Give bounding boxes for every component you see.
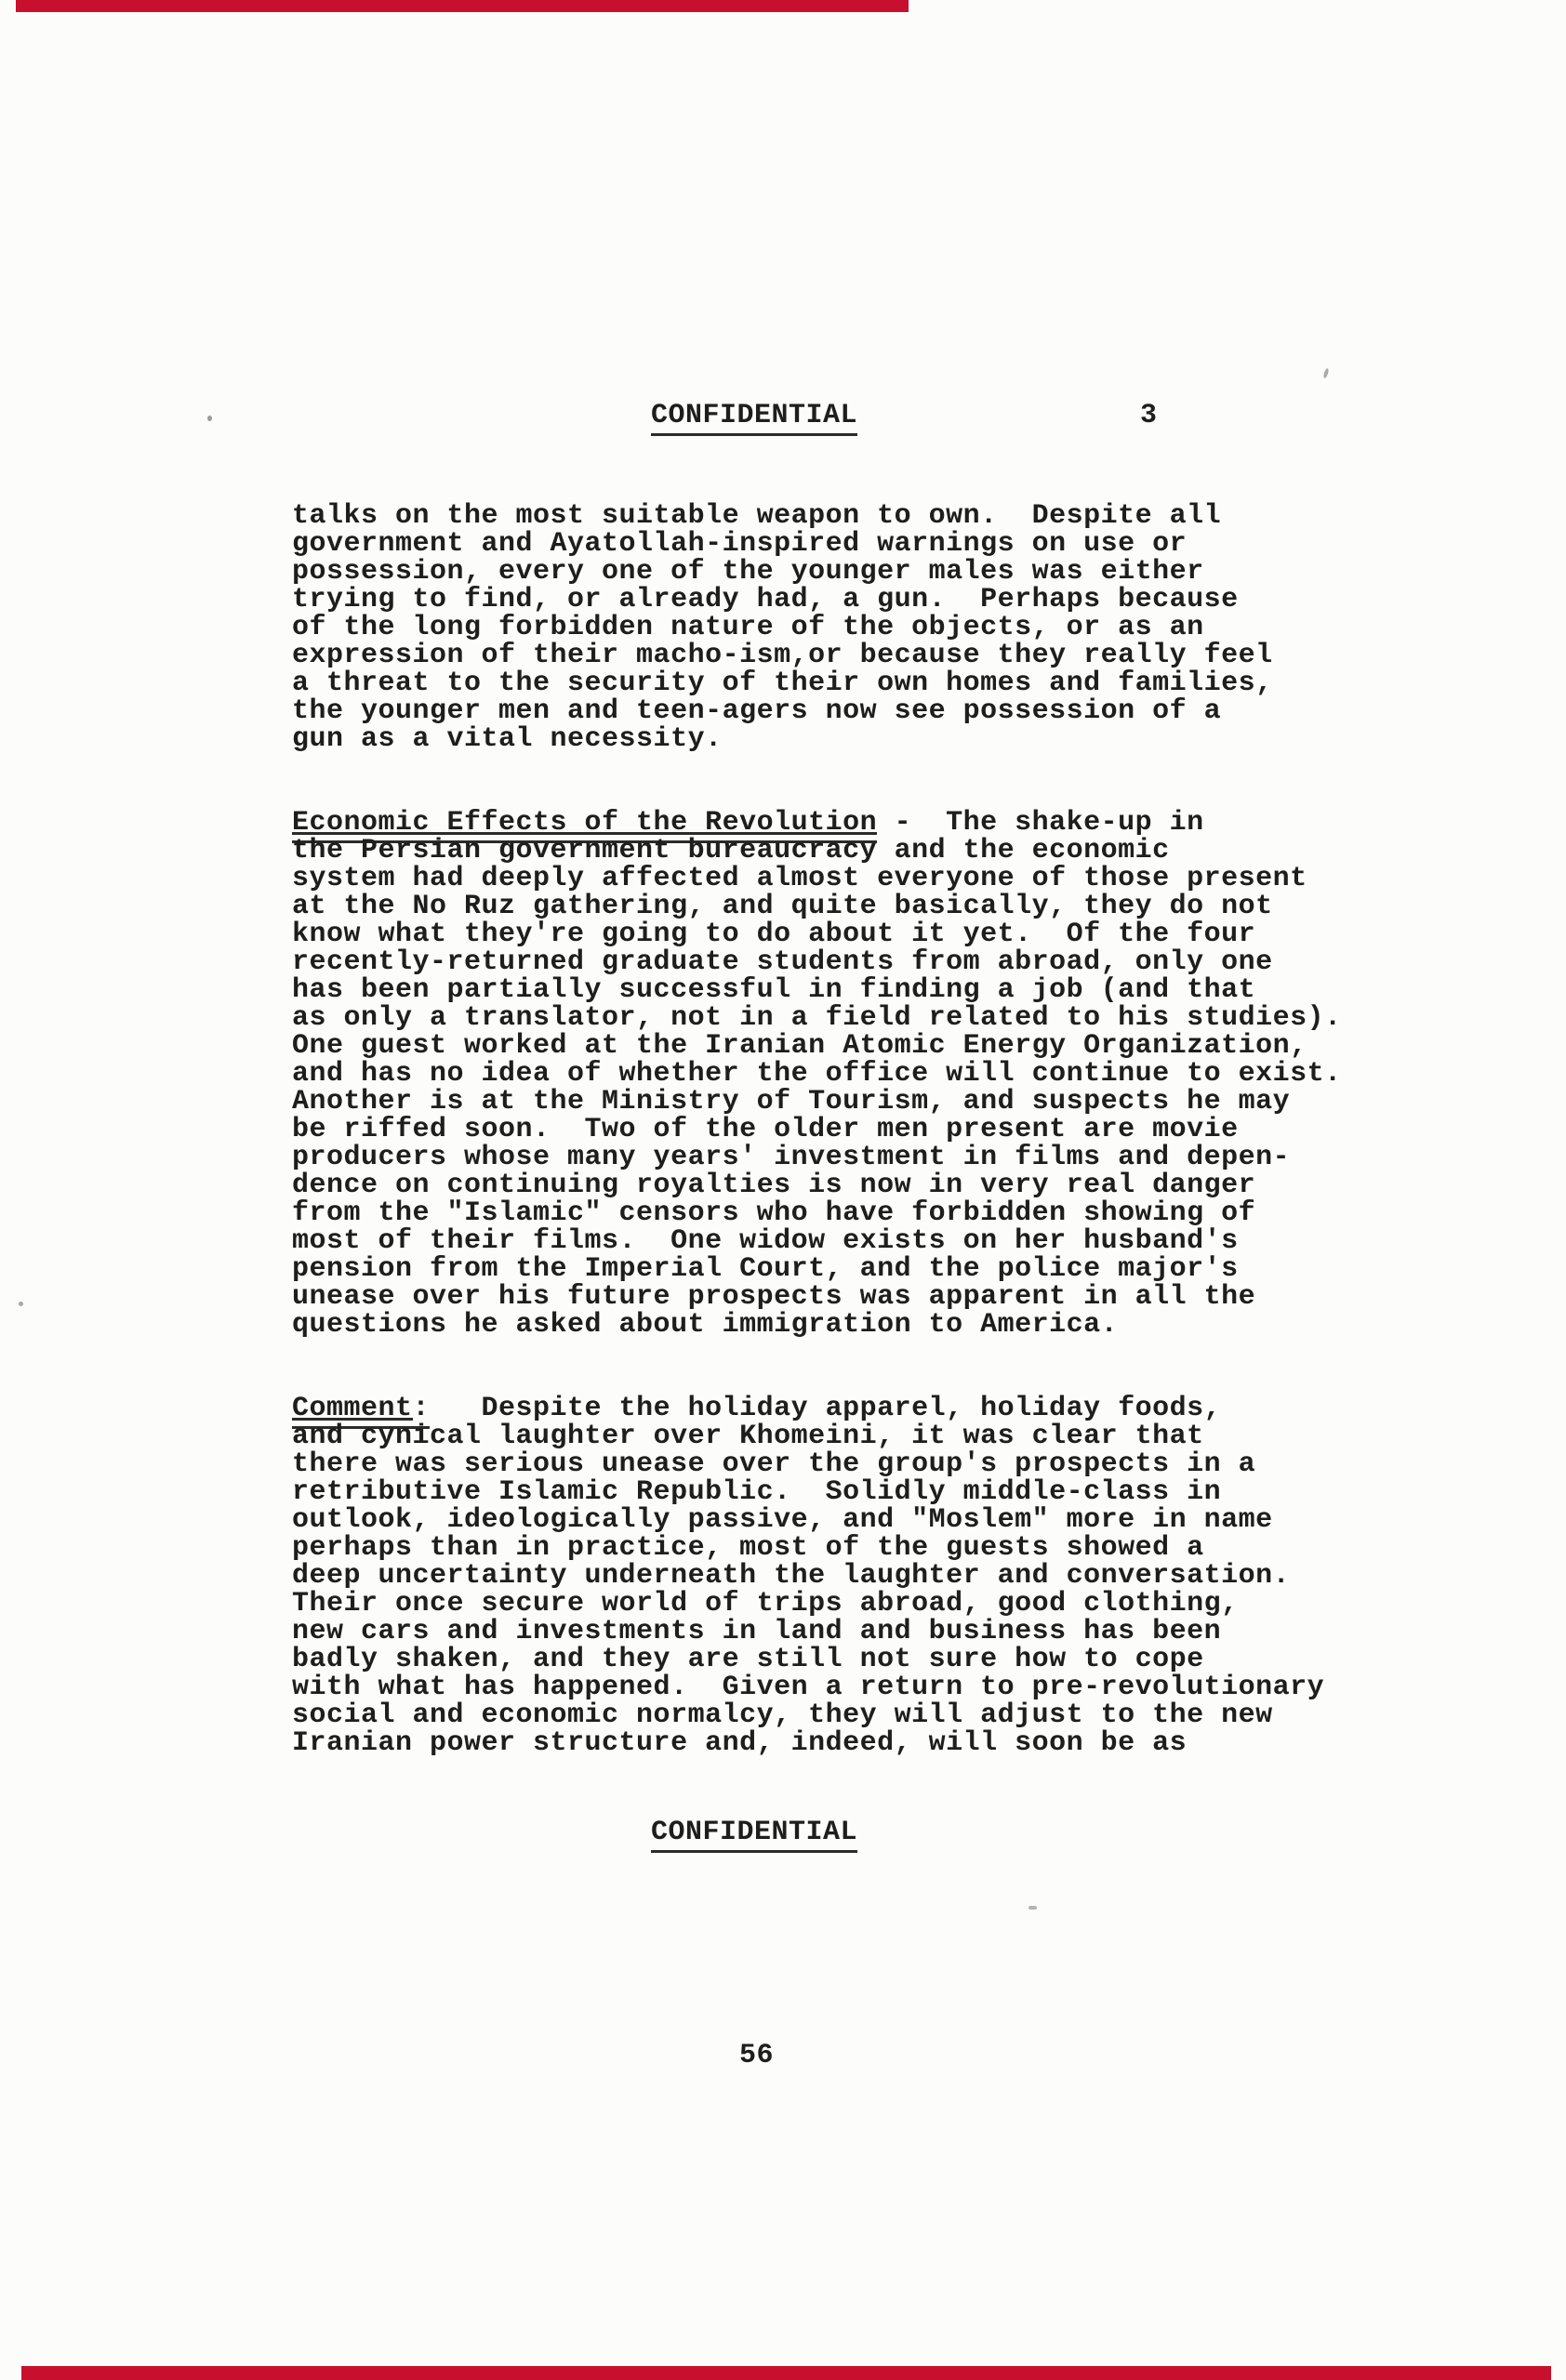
classification-header-text: CONFIDENTIAL bbox=[651, 400, 857, 436]
text-line: unease over his future prospects was app… bbox=[292, 1283, 1342, 1311]
text-segment: be riffed soon. Two of the older men pre… bbox=[292, 1114, 1239, 1145]
classification-header: CONFIDENTIAL bbox=[651, 402, 857, 430]
text-line: from the "Islamic" censors who have forb… bbox=[292, 1199, 1342, 1227]
text-segment: talks on the most suitable weapon to own… bbox=[292, 500, 1221, 532]
text-segment: badly shaken, and they are still not sur… bbox=[292, 1644, 1204, 1675]
text-line: outlook, ideologically passive, and "Mos… bbox=[292, 1506, 1342, 1534]
paragraph: talks on the most suitable weapon to own… bbox=[292, 502, 1342, 753]
text-line: Comment: Despite the holiday apparel, ho… bbox=[292, 1395, 1342, 1422]
text-line: system had deeply affected almost everyo… bbox=[292, 865, 1342, 892]
text-segment: retributive Islamic Republic. Solidly mi… bbox=[292, 1476, 1221, 1508]
text-segment: from the "Islamic" censors who have forb… bbox=[292, 1197, 1255, 1229]
text-line: possession, every one of the younger mal… bbox=[292, 558, 1342, 586]
text-line: badly shaken, and they are still not sur… bbox=[292, 1646, 1342, 1673]
text-line: the Persian government bureaucracy and t… bbox=[292, 837, 1342, 865]
text-line: know what they're going to do about it y… bbox=[292, 920, 1342, 948]
document-page: CONFIDENTIAL 3 talks on the most suitabl… bbox=[0, 0, 1566, 2380]
text-segment: the younger men and teen-agers now see p… bbox=[292, 695, 1221, 727]
text-line: deep uncertainty underneath the laughter… bbox=[292, 1562, 1342, 1590]
text-line: the younger men and teen-agers now see p… bbox=[292, 697, 1342, 725]
text-line: gun as a vital necessity. bbox=[292, 725, 1342, 753]
red-scan-bar-bottom bbox=[21, 2366, 1551, 2380]
text-segment: know what they're going to do about it y… bbox=[292, 919, 1255, 950]
text-segment: Iranian power structure and, indeed, wil… bbox=[292, 1727, 1187, 1759]
text-line: at the No Ruz gathering, and quite basic… bbox=[292, 892, 1342, 920]
scan-speck bbox=[1029, 1906, 1037, 1910]
text-line: Iranian power structure and, indeed, wil… bbox=[292, 1729, 1342, 1757]
text-segment: of the long forbidden nature of the obje… bbox=[292, 612, 1204, 643]
text-segment: dence on continuing royalties is now in … bbox=[292, 1170, 1255, 1201]
text-segment: government and Ayatollah-inspired warnin… bbox=[292, 528, 1187, 560]
text-segment: unease over his future prospects was app… bbox=[292, 1281, 1255, 1313]
text-line: One guest worked at the Iranian Atomic E… bbox=[292, 1032, 1342, 1060]
text-line: retributive Islamic Republic. Solidly mi… bbox=[292, 1478, 1342, 1506]
text-segment: Despite the holiday apparel, holiday foo… bbox=[430, 1393, 1221, 1424]
header-page-number: 3 bbox=[1140, 402, 1158, 430]
text-segment: perhaps than in practice, most of the gu… bbox=[292, 1532, 1204, 1564]
paragraph: Economic Effects of the Revolution - The… bbox=[292, 809, 1342, 1339]
text-segment: as only a translator, not in a field rel… bbox=[292, 1002, 1342, 1034]
text-line: pension from the Imperial Court, and the… bbox=[292, 1255, 1342, 1283]
red-scan-bar-top bbox=[16, 0, 909, 12]
text-segment: new cars and investments in land and bus… bbox=[292, 1616, 1221, 1647]
text-segment: social and economic normalcy, they will … bbox=[292, 1699, 1273, 1731]
text-line: a threat to the security of their own ho… bbox=[292, 669, 1342, 697]
text-segment: One guest worked at the Iranian Atomic E… bbox=[292, 1030, 1307, 1062]
text-line: perhaps than in practice, most of the gu… bbox=[292, 1534, 1342, 1562]
text-segment: - The shake-up in bbox=[877, 807, 1204, 839]
text-segment: most of their films. One widow exists on… bbox=[292, 1225, 1239, 1257]
text-line: producers whose many years' investment i… bbox=[292, 1144, 1342, 1171]
text-segment: outlook, ideologically passive, and "Mos… bbox=[292, 1504, 1273, 1536]
text-line: most of their films. One widow exists on… bbox=[292, 1227, 1342, 1255]
text-segment: at the No Ruz gathering, and quite basic… bbox=[292, 891, 1273, 922]
body-text: talks on the most suitable weapon to own… bbox=[292, 502, 1342, 1813]
text-segment: Another is at the Ministry of Tourism, a… bbox=[292, 1086, 1290, 1117]
classification-footer: CONFIDENTIAL bbox=[651, 1818, 857, 1846]
text-line: questions he asked about immigration to … bbox=[292, 1311, 1342, 1339]
scan-speck bbox=[207, 416, 212, 421]
text-segment: with what has happened. Given a return t… bbox=[292, 1672, 1324, 1703]
text-line: has been partially successful in finding… bbox=[292, 976, 1342, 1004]
text-segment: pension from the Imperial Court, and the… bbox=[292, 1253, 1239, 1285]
text-line: and cynical laughter over Khomeini, it w… bbox=[292, 1422, 1342, 1450]
text-line: as only a translator, not in a field rel… bbox=[292, 1004, 1342, 1032]
text-segment: questions he asked about immigration to … bbox=[292, 1309, 1118, 1341]
text-line: with what has happened. Given a return t… bbox=[292, 1673, 1342, 1701]
text-segment: the Persian government bureaucracy bbox=[292, 832, 877, 866]
text-line: of the long forbidden nature of the obje… bbox=[292, 614, 1342, 641]
text-segment: possession, every one of the younger mal… bbox=[292, 556, 1204, 588]
text-line: Another is at the Ministry of Tourism, a… bbox=[292, 1088, 1342, 1116]
paragraph: Comment: Despite the holiday apparel, ho… bbox=[292, 1395, 1342, 1757]
text-line: recently-returned graduate students from… bbox=[292, 948, 1342, 976]
text-segment: Their once secure world of trips abroad,… bbox=[292, 1588, 1239, 1620]
text-line: dence on continuing royalties is now in … bbox=[292, 1171, 1342, 1199]
classification-footer-text: CONFIDENTIAL bbox=[651, 1817, 857, 1853]
text-segment: gun as a vital necessity. bbox=[292, 723, 723, 755]
text-segment: system had deeply affected almost everyo… bbox=[292, 863, 1307, 894]
text-line: new cars and investments in land and bus… bbox=[292, 1618, 1342, 1646]
text-segment: has been partially successful in finding… bbox=[292, 974, 1255, 1006]
text-line: be riffed soon. Two of the older men pre… bbox=[292, 1116, 1342, 1144]
text-line: Their once secure world of trips abroad,… bbox=[292, 1590, 1342, 1618]
text-segment: and has no idea of whether the office wi… bbox=[292, 1058, 1342, 1090]
text-line: trying to find, or already had, a gun. P… bbox=[292, 586, 1342, 614]
text-line: talks on the most suitable weapon to own… bbox=[292, 502, 1342, 530]
text-segment: a threat to the security of their own ho… bbox=[292, 668, 1273, 699]
scan-speck bbox=[1322, 368, 1329, 379]
footer-page-number: 56 bbox=[739, 2042, 774, 2069]
text-segment: deep uncertainty underneath the laughter… bbox=[292, 1560, 1290, 1592]
text-segment: recently-returned graduate students from… bbox=[292, 946, 1273, 978]
text-segment: and the economic bbox=[877, 835, 1170, 866]
scan-speck bbox=[19, 1302, 23, 1306]
text-segment: and cyn bbox=[292, 1418, 413, 1452]
text-segment: expression of their macho-ism,or because… bbox=[292, 640, 1273, 671]
text-line: there was serious unease over the group'… bbox=[292, 1450, 1342, 1478]
text-line: government and Ayatollah-inspired warnin… bbox=[292, 530, 1342, 558]
text-segment: producers whose many years' investment i… bbox=[292, 1142, 1290, 1173]
text-line: and has no idea of whether the office wi… bbox=[292, 1060, 1342, 1088]
text-segment: ical laughter over Khomeini, it was clea… bbox=[413, 1421, 1204, 1452]
text-line: expression of their macho-ism,or because… bbox=[292, 641, 1342, 669]
text-segment: trying to find, or already had, a gun. P… bbox=[292, 584, 1239, 615]
text-line: social and economic normalcy, they will … bbox=[292, 1701, 1342, 1729]
text-segment: there was serious unease over the group'… bbox=[292, 1448, 1255, 1480]
